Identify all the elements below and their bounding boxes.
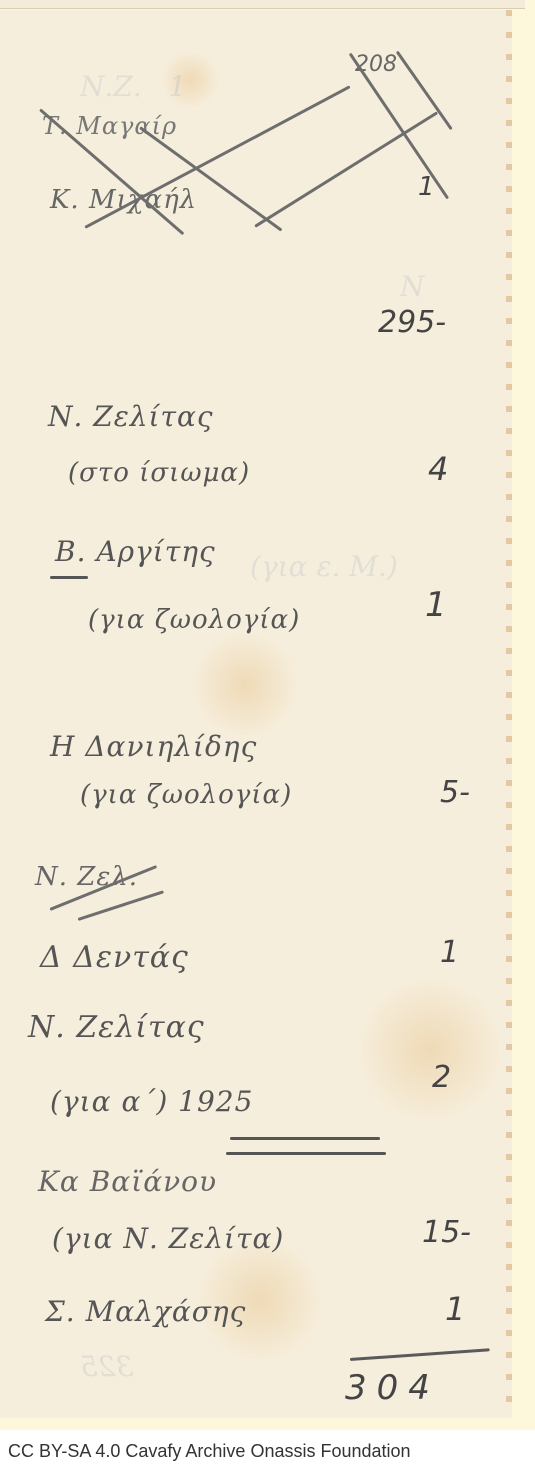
entry-name: Ν. Ζελίτας: [48, 400, 214, 433]
crossed-line-2: Κ. Μιχαήλ: [50, 185, 197, 215]
bleed-through-text: 325: [80, 1350, 133, 1383]
subtotal-value: 295-: [378, 305, 446, 340]
page-top-strip: [0, 0, 525, 9]
entry-note: (για Ν. Ζελίτα): [52, 1222, 284, 1255]
entry-name: Σ. Μαλχάσης: [45, 1295, 246, 1328]
entry-value: 1: [425, 585, 447, 625]
bleed-through-text: Ν.Ζ. 1: [80, 70, 186, 103]
entry-note: (στο ίσιωμα): [68, 458, 250, 488]
entry-note: (για ζωολογία): [80, 780, 292, 810]
entry-name-crossed: Ν. Ζελ.: [35, 862, 138, 892]
entry-value: 2: [432, 1060, 451, 1095]
entry-name: Κα Βαϊάνου: [38, 1165, 217, 1198]
underline-year: [230, 1137, 380, 1140]
entry-value: 4: [428, 450, 448, 488]
entry-value: 1: [440, 935, 459, 970]
license-caption: CC BY-SA 4.0 Cavafy Archive Onassis Foun…: [8, 1441, 411, 1462]
bleed-through-text: (για ε. Μ.): [250, 550, 398, 583]
entry-name: Ν. Ζελίτας: [28, 1010, 205, 1045]
foxing-stain: [190, 630, 300, 740]
entry-value: 15-: [422, 1215, 471, 1250]
entry-note: (για ζωολογία): [88, 605, 300, 635]
entry-value: 1: [445, 1290, 465, 1328]
underline-year: [226, 1152, 386, 1155]
entry-note: (για α΄) 1925: [50, 1085, 253, 1118]
bleed-through-text: Ν: [400, 270, 425, 303]
entry-value: 5-: [440, 775, 470, 810]
entry-name: Δ Δεντάς: [40, 940, 189, 975]
underline: [50, 576, 88, 579]
entry-name: Β. Αργίτης: [55, 535, 216, 568]
foxing-stain: [360, 970, 500, 1130]
total-value: 304: [345, 1368, 440, 1408]
manuscript-paper: Ν.Ζ. 1 Ν (για ε. Μ.) 325: [0, 10, 512, 1418]
entry-name: Η Δανιηλίδης: [50, 730, 257, 763]
